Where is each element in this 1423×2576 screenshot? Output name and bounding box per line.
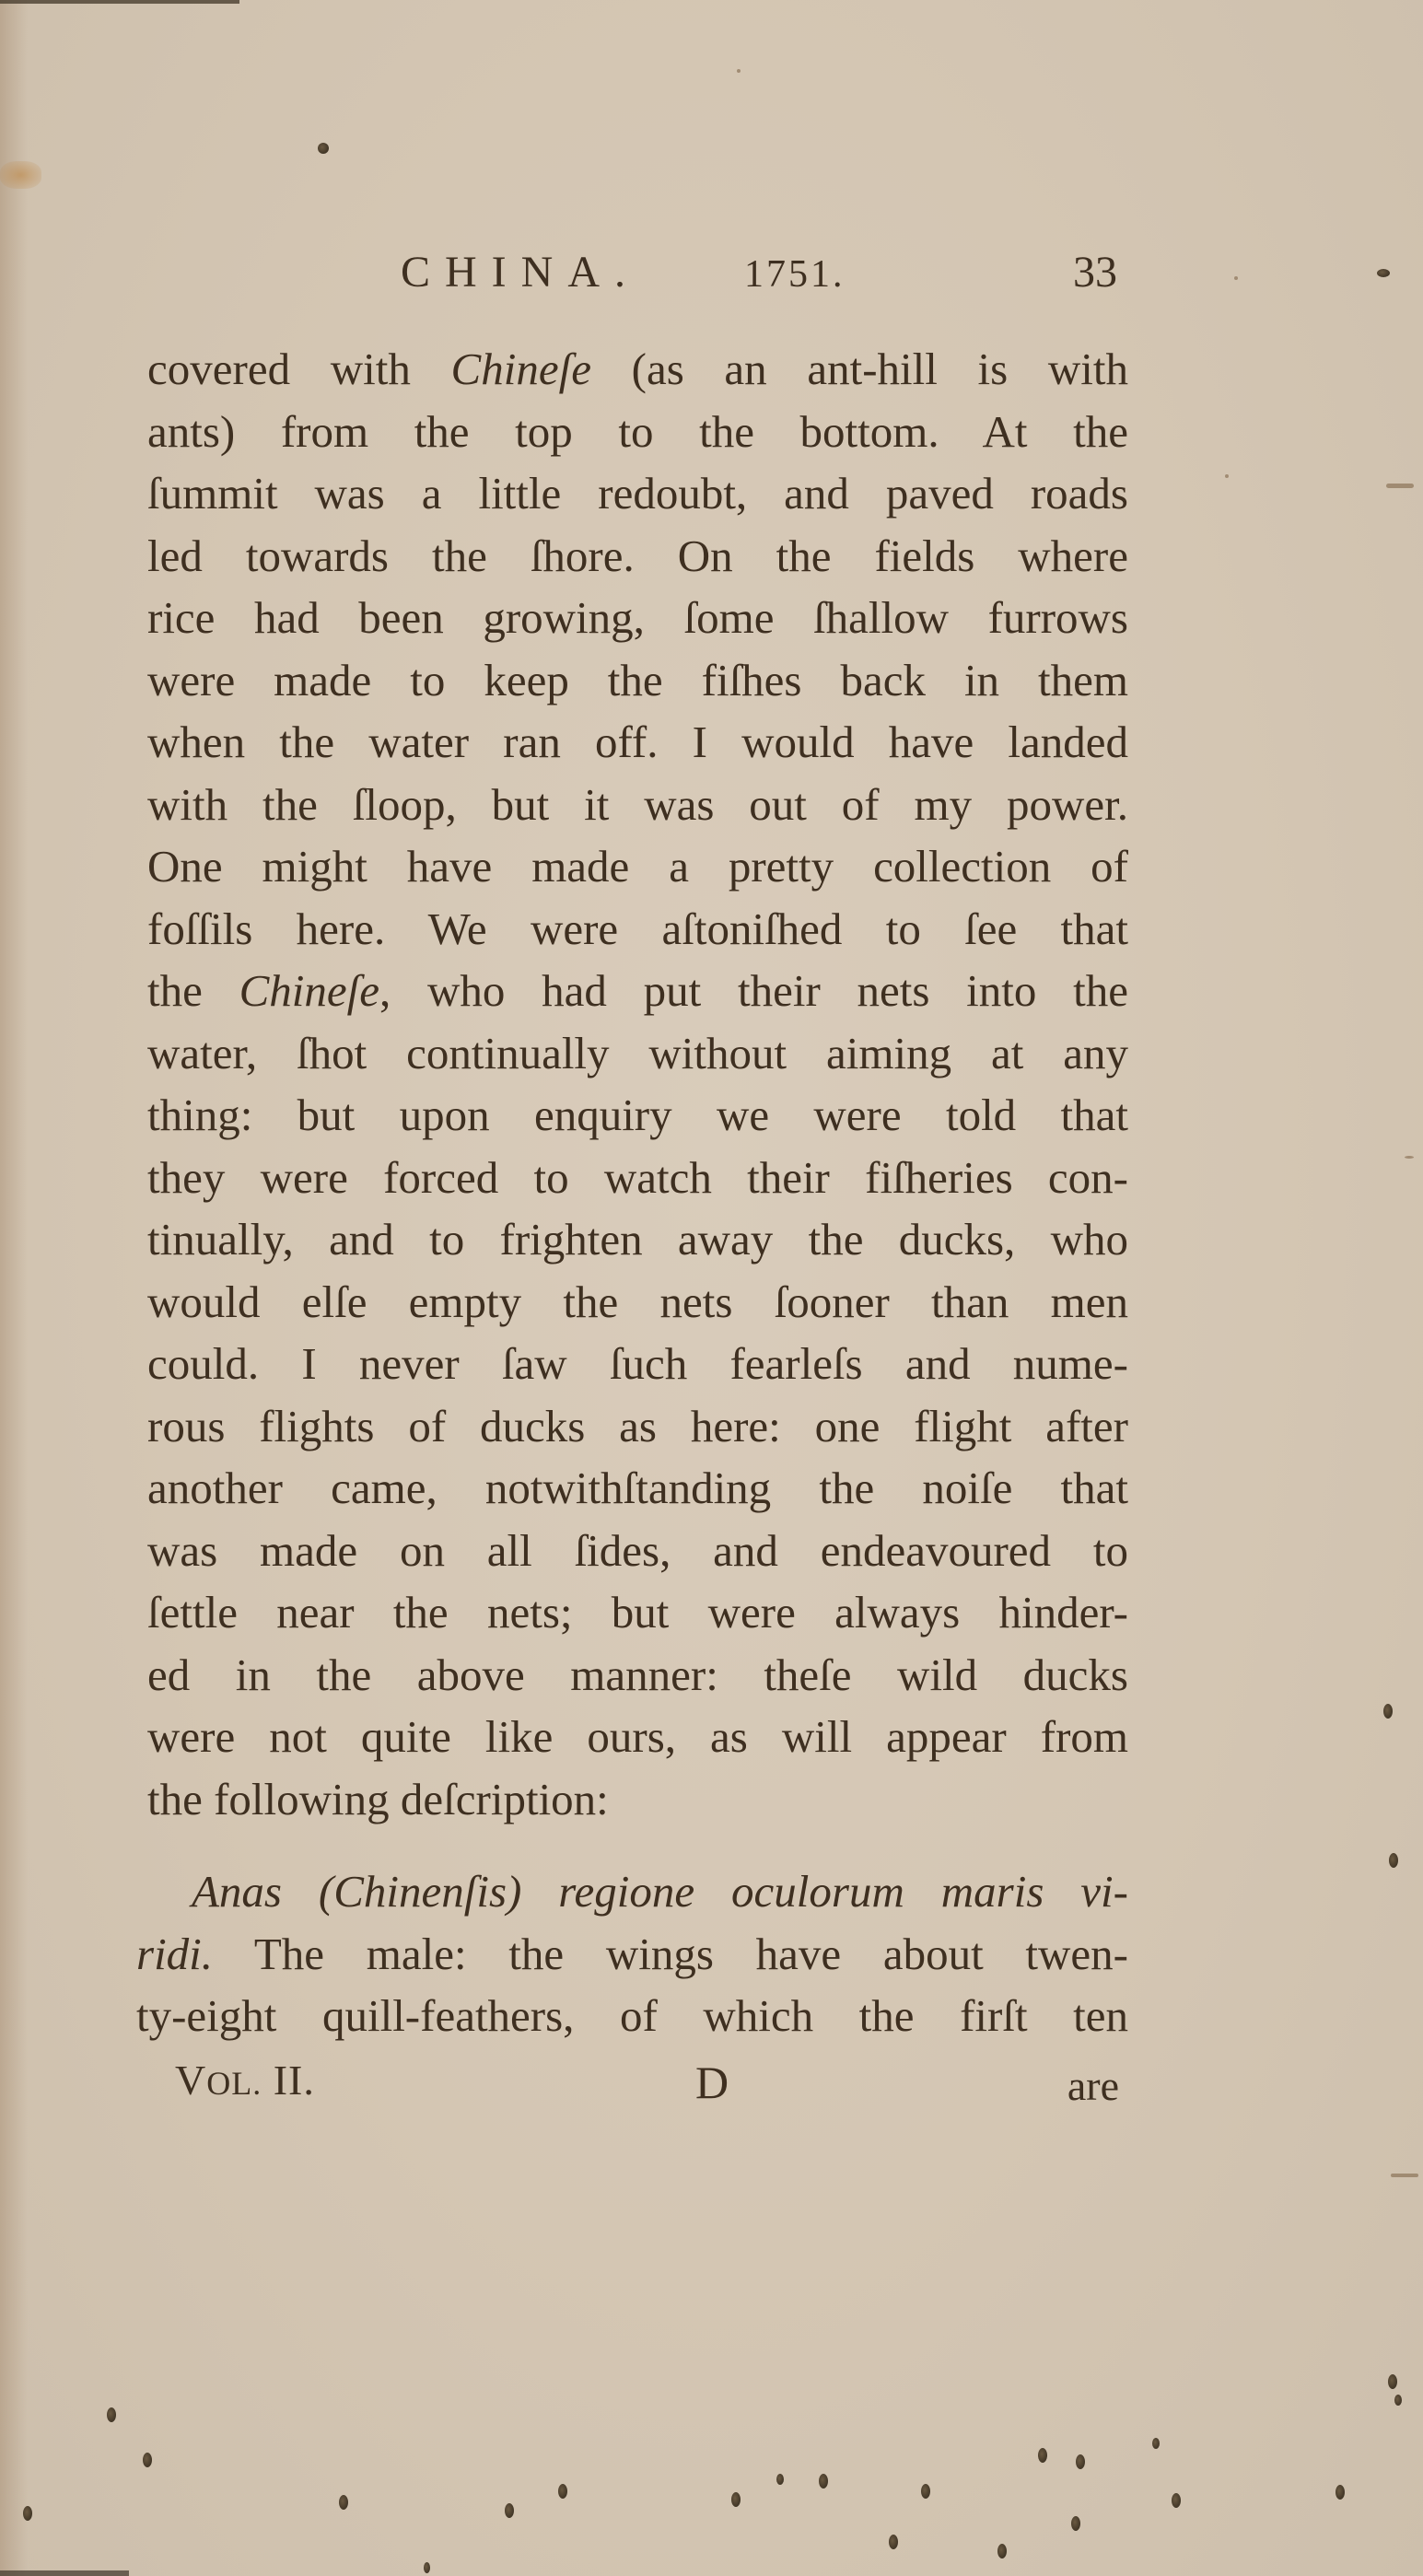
text-line: thing: but upon enquiry we were told tha…: [147, 1084, 1128, 1147]
text-line: ed in the above manner: theſe wild ducks: [147, 1644, 1128, 1707]
wormhole: [143, 2453, 152, 2467]
page-number: 33: [1073, 247, 1117, 297]
page-top-edge: [0, 0, 239, 4]
paper-stain: [0, 161, 41, 189]
wormhole: [107, 2407, 116, 2422]
text-line: tinually, and to frighten away the ducks…: [147, 1208, 1128, 1271]
text-line: water, ſhot continually without aiming a…: [147, 1022, 1128, 1085]
wormhole: [318, 143, 329, 154]
wormhole: [921, 2484, 930, 2499]
catchword: are: [1067, 2061, 1119, 2110]
text-line: ridi. The male: the wings have about twe…: [136, 1923, 1128, 1986]
species-description: Anas (Chinenſis) regione oculorum maris …: [136, 1860, 1128, 2047]
paper-speck: [737, 69, 741, 73]
gutter-shadow: [0, 0, 28, 2576]
wormhole: [23, 2506, 32, 2521]
text-line: the Chineſe, who had put their nets into…: [147, 960, 1128, 1022]
wormhole: [1076, 2454, 1085, 2469]
text-line: led towards the ſhore. On the fields whe…: [147, 525, 1128, 588]
text-line: the following deſcription:: [147, 1768, 1128, 1831]
paper-speck: [1405, 1156, 1414, 1159]
main-paragraph: covered with Chineſe (as an ant-hill is …: [147, 338, 1128, 1830]
wormhole: [339, 2495, 348, 2510]
text-line: with the ſloop, but it was out of my pow…: [147, 774, 1128, 836]
text-line: could. I never ſaw ſuch fearleſs and num…: [147, 1333, 1128, 1395]
wormhole: [731, 2492, 741, 2507]
page-bottom-edge: [0, 2570, 129, 2576]
book-page: CHINA. 1751. 33 covered with Chineſe (as…: [0, 0, 1423, 2576]
text-line: ants) from the top to the bottom. At the: [147, 401, 1128, 463]
latin-name-line: Anas (Chinenſis) regione oculorum maris …: [136, 1860, 1128, 1923]
wormhole: [424, 2562, 430, 2573]
wormhole: [1383, 1704, 1393, 1719]
wormhole: [1394, 2395, 1402, 2406]
signature-line: VOL. II. D are: [138, 2056, 1119, 2120]
paper-speck: [1225, 474, 1229, 478]
running-year: 1751.: [744, 252, 846, 297]
wormhole: [1172, 2493, 1181, 2508]
wormhole: [1336, 2485, 1345, 2500]
italic-word: Chineſe: [451, 344, 591, 394]
text-line: ty-eight quill-feathers, of which the fi…: [136, 1985, 1128, 2047]
wormhole: [1152, 2438, 1160, 2449]
text-line: they were forced to watch their fiſherie…: [147, 1147, 1128, 1209]
text-line: rous flights of ducks as here: one fligh…: [147, 1395, 1128, 1458]
text-line: covered with Chineſe (as an ant-hill is …: [147, 338, 1128, 401]
wormhole: [505, 2503, 514, 2518]
paper-fiber: [1391, 2174, 1418, 2177]
text-line: another came, notwithſtanding the noiſe …: [147, 1457, 1128, 1520]
text-line: were made to keep the fiſhes back in the…: [147, 649, 1128, 712]
wormhole: [997, 2544, 1007, 2559]
wormhole: [558, 2484, 567, 2499]
running-header: CHINA. 1751. 33: [138, 247, 1114, 311]
wormhole: [776, 2474, 784, 2485]
text-line: when the water ran off. I would have lan…: [147, 711, 1128, 774]
text-line: ſummit was a little redoubt, and paved r…: [147, 462, 1128, 525]
text-line: would elſe empty the nets ſooner than me…: [147, 1271, 1128, 1334]
text-line: rice had been growing, ſome ſhallow furr…: [147, 587, 1128, 649]
latin-binomial: Anas (Chinenſis) regione oculorum maris …: [192, 1866, 1128, 1917]
text-line: foſſils here. We were aſtoniſhed to ſee …: [147, 898, 1128, 961]
text-line: were not quite like ours, as will appear…: [147, 1706, 1128, 1768]
text-line: was made on all ſides, and endeavoured t…: [147, 1520, 1128, 1582]
text-line: One might have made a pretty collection …: [147, 835, 1128, 898]
paper-speck: [1234, 276, 1238, 280]
running-title: CHINA.: [401, 247, 640, 297]
wormhole: [1038, 2448, 1047, 2463]
wormhole: [1377, 269, 1390, 277]
wormhole: [1071, 2516, 1080, 2531]
wormhole: [1388, 2374, 1397, 2389]
volume-label: VOL. II.: [175, 2056, 315, 2104]
wormhole: [819, 2474, 828, 2489]
text-line: ſettle near the nets; but were always hi…: [147, 1581, 1128, 1644]
signature-mark: D: [695, 2056, 729, 2109]
italic-word: Chineſe: [239, 965, 379, 1016]
wormhole: [889, 2535, 898, 2549]
paper-fiber: [1386, 484, 1414, 488]
wormhole: [1389, 1853, 1398, 1868]
latin-word: ridi.: [136, 1929, 213, 1979]
